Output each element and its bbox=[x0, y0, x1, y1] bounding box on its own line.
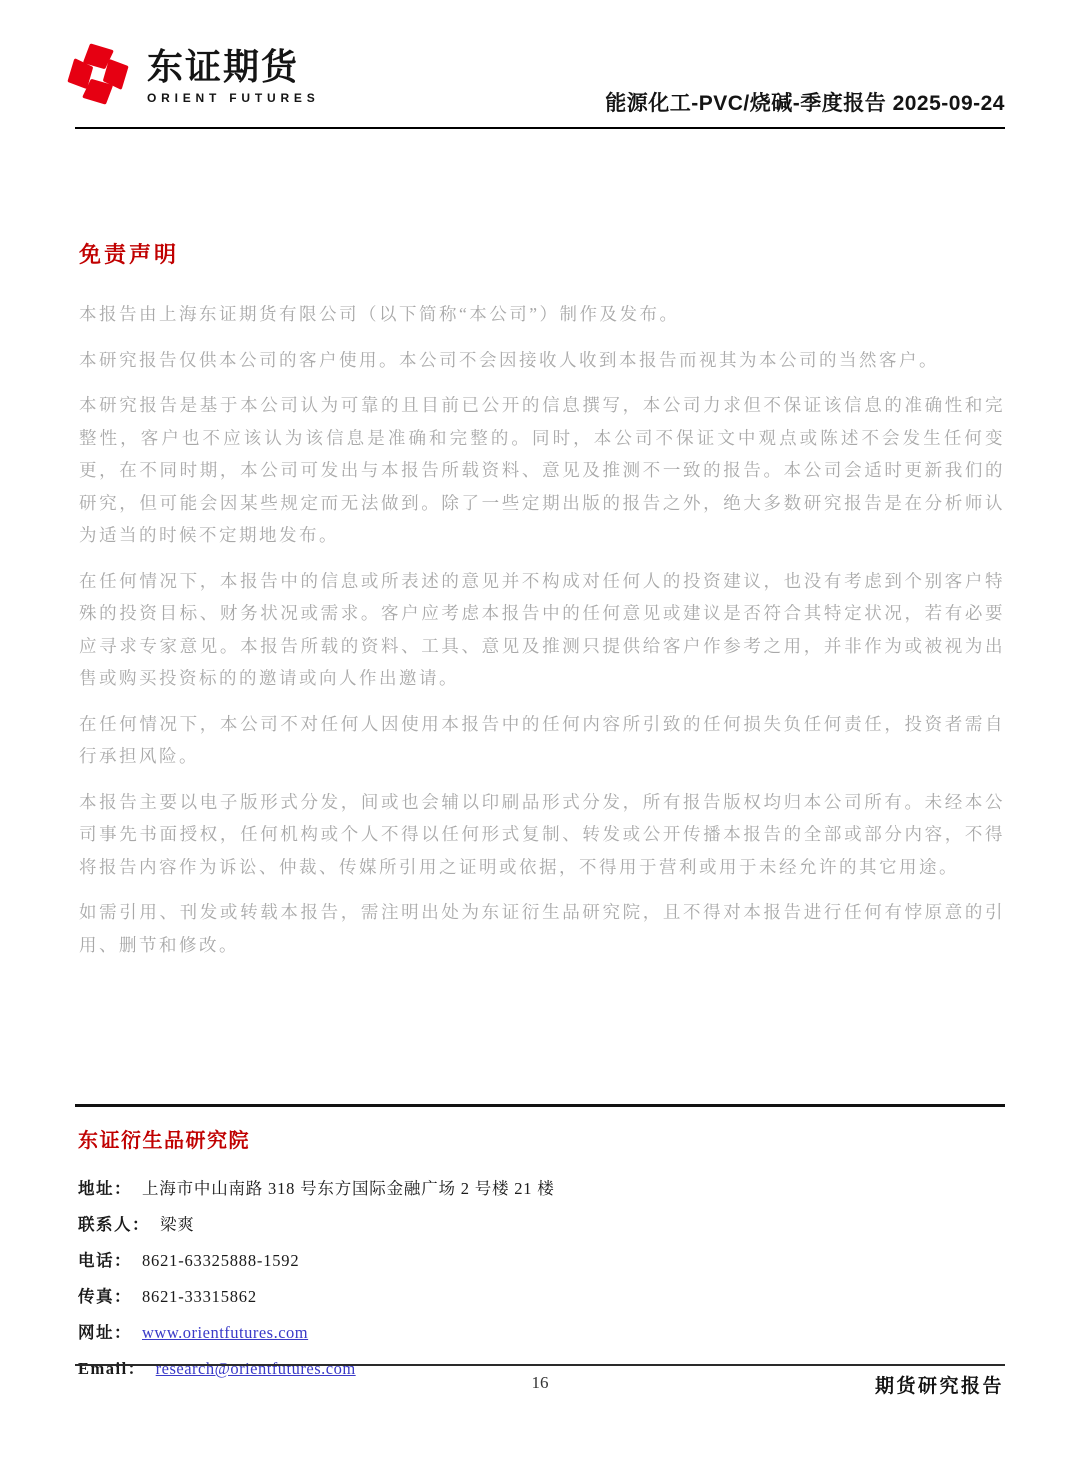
logo-chinese-name: 东证期货 bbox=[147, 48, 320, 86]
orient-futures-logo: 东证期货 ORIENT FUTURES bbox=[64, 38, 320, 110]
disclaimer-paragraph: 本报告由上海东证期货有限公司（以下简称“本公司”）制作及发布。 bbox=[79, 298, 1005, 331]
institute-section: 东证衍生品研究院 地址：上海市中山南路 318 号东方国际金融广场 2 号楼 2… bbox=[75, 1104, 1005, 1391]
contact-person-label: 联系人： bbox=[78, 1215, 150, 1234]
report-header-label: 能源化工-PVC/烧碱-季度报告 2025-09-24 bbox=[605, 87, 1005, 117]
disclaimer-paragraph: 在任何情况下，本报告中的信息或所表述的意见并不构成对任何人的投资建议，也没有考虑… bbox=[79, 565, 1005, 695]
disclaimer-paragraph: 如需引用、刊发或转载本报告，需注明出处为东证衍生品研究院，且不得对本报告进行任何… bbox=[79, 896, 1005, 961]
contact-row-address: 地址：上海市中山南路 318 号东方国际金融广场 2 号楼 21 楼 bbox=[78, 1175, 1005, 1199]
fax-label: 传真： bbox=[78, 1287, 132, 1306]
contact-row-website: 网址：www.orientfutures.com bbox=[78, 1319, 1005, 1343]
contact-row-person: 联系人：梁爽 bbox=[78, 1211, 1005, 1235]
orient-futures-logo-icon bbox=[64, 38, 132, 110]
logo-wordmark: 东证期货 ORIENT FUTURES bbox=[147, 38, 320, 105]
phone-label: 电话： bbox=[78, 1251, 132, 1270]
fax-value: 8621-33315862 bbox=[142, 1287, 257, 1306]
report-type-label: 期货研究报告 bbox=[875, 1371, 1004, 1398]
institute-title: 东证衍生品研究院 bbox=[78, 1124, 1005, 1153]
header-divider bbox=[75, 127, 1005, 129]
footer-divider bbox=[75, 1364, 1005, 1366]
contact-person-value: 梁爽 bbox=[160, 1215, 195, 1234]
contact-row-fax: 传真：8621-33315862 bbox=[78, 1283, 1005, 1307]
website-label: 网址： bbox=[78, 1323, 132, 1342]
address-label: 地址： bbox=[78, 1179, 132, 1198]
disclaimer-paragraph: 本研究报告仅供本公司的客户使用。本公司不会因接收人收到本报告而视其为本公司的当然… bbox=[79, 344, 1005, 377]
disclaimer-title: 免责声明 bbox=[79, 238, 1005, 269]
disclaimer-paragraph: 在任何情况下，本公司不对任何人因使用本报告中的任何内容所引致的任何损失负任何责任… bbox=[79, 708, 1005, 773]
report-page: 东证期货 ORIENT FUTURES 能源化工-PVC/烧碱-季度报告 202… bbox=[0, 0, 1080, 1466]
address-value: 上海市中山南路 318 号东方国际金融广场 2 号楼 21 楼 bbox=[142, 1179, 555, 1198]
website-link[interactable]: www.orientfutures.com bbox=[142, 1323, 308, 1342]
disclaimer-paragraph: 本研究报告是基于本公司认为可靠的且目前已公开的信息撰写，本公司力求但不保证该信息… bbox=[79, 389, 1005, 552]
disclaimer-section: 免责声明 本报告由上海东证期货有限公司（以下简称“本公司”）制作及发布。 本研究… bbox=[79, 238, 1005, 974]
disclaimer-paragraph: 本报告主要以电子版形式分发，间或也会辅以印刷品形式分发，所有报告版权均归本公司所… bbox=[79, 786, 1005, 884]
phone-value: 8621-63325888-1592 bbox=[142, 1251, 299, 1270]
contact-row-phone: 电话：8621-63325888-1592 bbox=[78, 1247, 1005, 1271]
logo-english-name: ORIENT FUTURES bbox=[147, 91, 320, 105]
